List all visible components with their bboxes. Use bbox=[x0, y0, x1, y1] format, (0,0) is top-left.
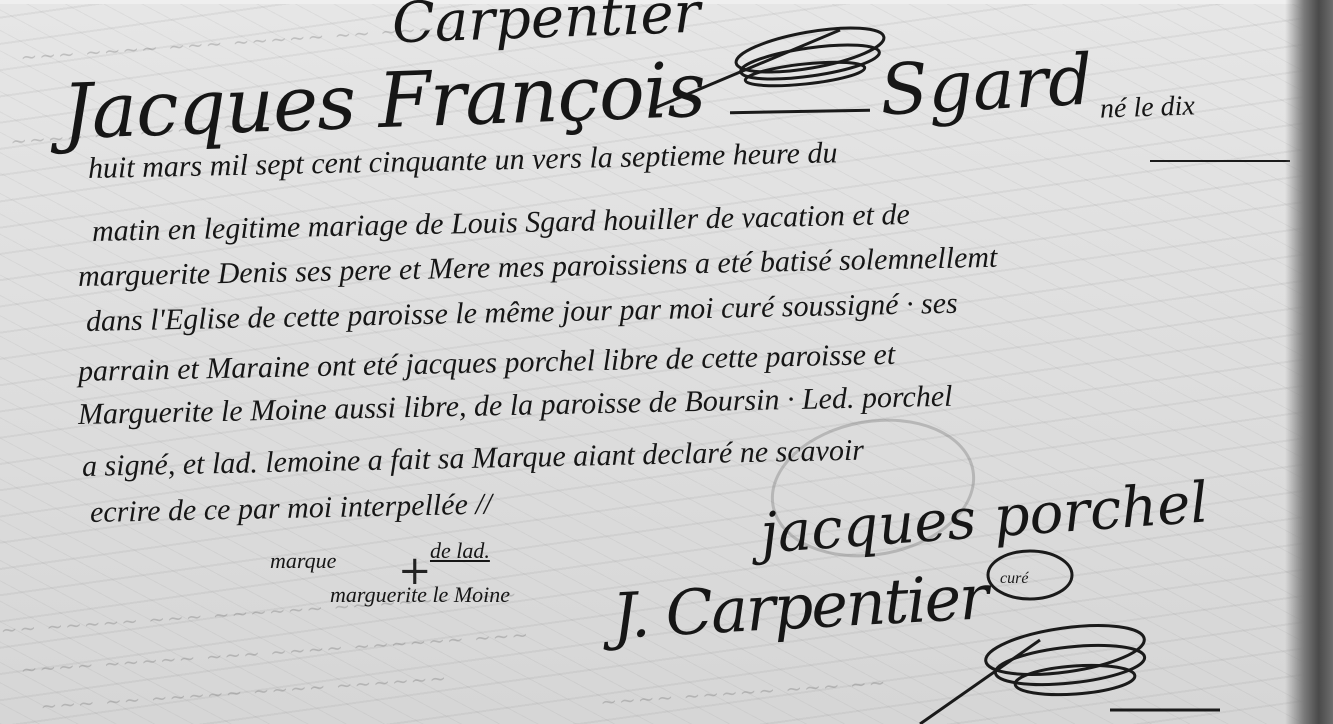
child-given-names: Jacques François bbox=[61, 45, 707, 156]
binding-shadow bbox=[1285, 0, 1333, 724]
mark-de-lad: de lad. bbox=[430, 538, 490, 564]
record-line-6: Marguerite le Moine aussi libre, de la p… bbox=[78, 380, 953, 432]
line-filler-rule bbox=[1150, 160, 1290, 162]
record-line-4: dans l'Eglise de cette paroisse le même … bbox=[86, 287, 958, 339]
bleed-through-text: ~~~~ ~~~~~ ~~~ ~~ bbox=[600, 670, 889, 714]
child-surname: Sgard bbox=[878, 38, 1095, 131]
record-line-8: ecrire de ce par moi interpellée // bbox=[90, 488, 493, 530]
paraph-flourish-priest bbox=[900, 540, 1220, 724]
mark-label: marque bbox=[270, 548, 336, 574]
record-line-3: marguerite Denis ses pere et Mere mes pa… bbox=[78, 241, 998, 294]
birth-date-start: né le dix bbox=[1099, 90, 1195, 125]
manuscript-page: ~~~ ~~~~ ~~~ ~~~~~ ~~ ~~~~ ~~~~ ~~ ~~~~ … bbox=[0, 0, 1333, 724]
record-line-2: matin en legitime mariage de Louis Sgard… bbox=[92, 198, 910, 249]
mark-name: marguerite le Moine bbox=[330, 582, 510, 608]
record-line-7: a signé, et lad. lemoine a fait sa Marqu… bbox=[82, 434, 865, 484]
record-line-5: parrain et Maraine ont eté jacques porch… bbox=[78, 338, 896, 389]
